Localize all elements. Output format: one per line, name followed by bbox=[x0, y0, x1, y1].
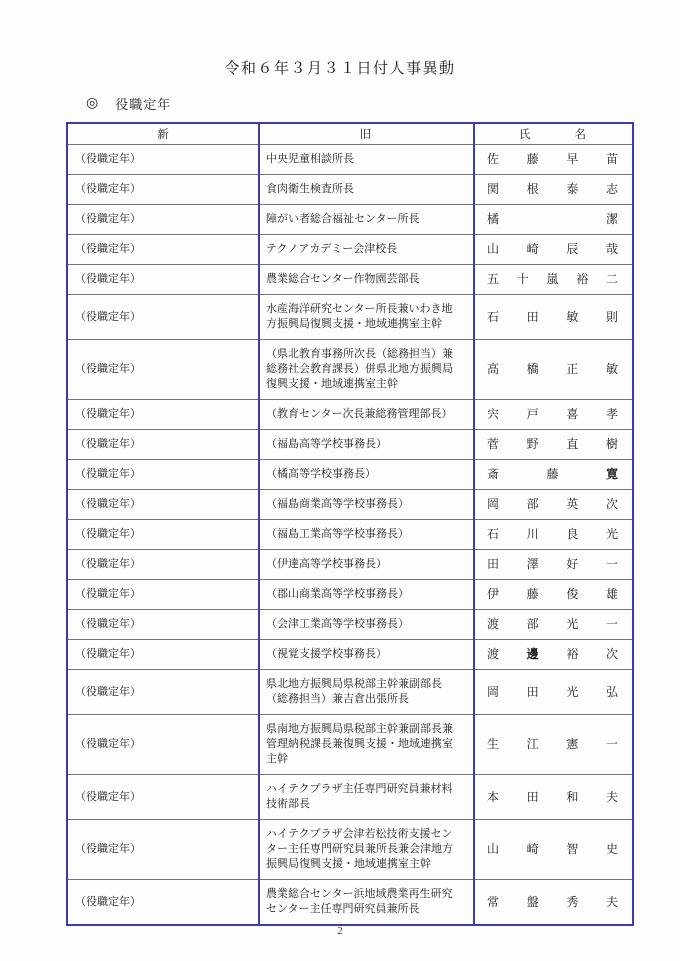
name-character: 伊 bbox=[487, 587, 499, 602]
table-row: （役職定年）（会津工業高等学校事務長）渡部光一 bbox=[68, 609, 632, 639]
name-character: 根 bbox=[527, 182, 539, 197]
old-position-cell: 中央児童相談所長 bbox=[258, 145, 473, 174]
name-character: 英 bbox=[566, 497, 578, 512]
name-character: 石 bbox=[487, 527, 499, 542]
header-name: 氏 名 bbox=[473, 126, 632, 142]
old-position-cell: （伊達高等学校事務長） bbox=[258, 550, 473, 579]
name-character: 一 bbox=[606, 617, 618, 632]
name-character: 川 bbox=[527, 527, 539, 542]
column-divider bbox=[473, 124, 475, 924]
old-position-cell: （教育センター次長兼総務管理部長） bbox=[258, 400, 473, 429]
new-position-cell: （役職定年） bbox=[68, 550, 258, 579]
name-character: 裕 bbox=[566, 647, 578, 662]
name-character: 雄 bbox=[606, 587, 618, 602]
name-character: 戸 bbox=[527, 407, 539, 422]
old-position-cell: （会津工業高等学校事務長） bbox=[258, 610, 473, 639]
name-character: 嵐 bbox=[546, 272, 558, 287]
name-character: 敏 bbox=[606, 362, 618, 377]
name-character: 辰 bbox=[566, 242, 578, 257]
new-position-cell: （役職定年） bbox=[68, 175, 258, 204]
name-character: 田 bbox=[487, 557, 499, 572]
old-position-cell: ハイテクプラザ主任専門研究員兼材料技術部長 bbox=[258, 775, 473, 819]
table-row: （役職定年）（県北教育事務所次長（総務担当）兼総務社会教育課長）併県北地方振興局… bbox=[68, 339, 632, 399]
name-character: 田 bbox=[527, 310, 539, 325]
new-position-cell: （役職定年） bbox=[68, 820, 258, 879]
name-character: 崎 bbox=[527, 842, 539, 857]
old-position-cell: （福島高等学校事務長） bbox=[258, 430, 473, 459]
name-character: 直 bbox=[566, 437, 578, 452]
name-character: 田 bbox=[527, 685, 539, 700]
name-character: 夫 bbox=[606, 790, 618, 805]
name-character: 田 bbox=[527, 790, 539, 805]
name-character: 一 bbox=[606, 557, 618, 572]
name-character: 哉 bbox=[606, 242, 618, 257]
name-character: 岡 bbox=[487, 497, 499, 512]
name-character: 良 bbox=[566, 527, 578, 542]
old-position-cell: （県北教育事務所次長（総務担当）兼総務社会教育課長）併県北地方振興局復興支援・地… bbox=[258, 340, 473, 399]
name-character: 渡 bbox=[487, 647, 499, 662]
table-row: （役職定年）（福島工業高等学校事務長）石川良光 bbox=[68, 519, 632, 549]
name-cell: 菅野直樹 bbox=[473, 430, 632, 459]
new-position-cell: （役職定年） bbox=[68, 775, 258, 819]
name-cell: 岡部英次 bbox=[473, 490, 632, 519]
name-character: 斎 bbox=[487, 467, 499, 482]
name-character: 本 bbox=[487, 790, 499, 805]
table-row: （役職定年）（郡山商業高等学校事務長）伊藤俊雄 bbox=[68, 579, 632, 609]
table-row: （役職定年）県北地方振興局県税部主幹兼副部長（総務担当）兼吉倉出張所長岡田光弘 bbox=[68, 669, 632, 714]
new-position-cell: （役職定年） bbox=[68, 520, 258, 549]
name-character: 次 bbox=[606, 647, 618, 662]
name-character: 盤 bbox=[527, 895, 539, 910]
name-character: 菅 bbox=[487, 437, 499, 452]
name-character: 潔 bbox=[606, 212, 618, 227]
name-character: 一 bbox=[606, 737, 618, 752]
name-cell: 関根泰志 bbox=[473, 175, 632, 204]
name-cell: 岡田光弘 bbox=[473, 670, 632, 714]
table-row: （役職定年）水産海洋研究センター所長兼いわき地方振興局復興支援・地域連携室主幹石… bbox=[68, 294, 632, 339]
name-character: 渡 bbox=[487, 617, 499, 632]
name-character: 正 bbox=[566, 362, 578, 377]
name-cell: 田澤好一 bbox=[473, 550, 632, 579]
name-cell: 生江憲一 bbox=[473, 715, 632, 774]
new-position-cell: （役職定年） bbox=[68, 490, 258, 519]
name-character: 俊 bbox=[566, 587, 578, 602]
name-character: 生 bbox=[487, 737, 499, 752]
name-character: 関 bbox=[487, 182, 499, 197]
name-character: 喜 bbox=[566, 407, 578, 422]
name-character: 志 bbox=[606, 182, 618, 197]
name-character: 好 bbox=[566, 557, 578, 572]
name-character: 泰 bbox=[566, 182, 578, 197]
name-cell: 五十嵐裕二 bbox=[473, 265, 632, 294]
old-position-cell: （福島工業高等学校事務長） bbox=[258, 520, 473, 549]
name-character: 石 bbox=[487, 310, 499, 325]
old-position-cell: 水産海洋研究センター所長兼いわき地方振興局復興支援・地域連携室主幹 bbox=[258, 295, 473, 339]
name-character: 山 bbox=[487, 242, 499, 257]
name-cell: 渡部光一 bbox=[473, 610, 632, 639]
table-row: （役職定年）県南地方振興局県税部主幹兼副部長兼管理納税課長兼復興支援・地域連携室… bbox=[68, 714, 632, 774]
name-cell: 渡邊裕次 bbox=[473, 640, 632, 669]
name-character: 樹 bbox=[606, 437, 618, 452]
name-character: 寛 bbox=[606, 467, 618, 482]
table-row: （役職定年）（橘高等学校事務長）斎藤寛 bbox=[68, 459, 632, 489]
new-position-cell: （役職定年） bbox=[68, 670, 258, 714]
name-character: 裕 bbox=[576, 272, 588, 287]
new-position-cell: （役職定年） bbox=[68, 580, 258, 609]
name-character: 橋 bbox=[527, 362, 539, 377]
name-character: 憲 bbox=[566, 737, 578, 752]
document-page: 令和６年３月３１日付人事異動 ◎ 役職定年 新 旧 氏 名 （役職定年）中央児童… bbox=[0, 0, 680, 961]
old-position-cell: （視覚支援学校事務長） bbox=[258, 640, 473, 669]
new-position-cell: （役職定年） bbox=[68, 340, 258, 399]
name-character: 山 bbox=[487, 842, 499, 857]
table-row: （役職定年）テクノアカデミー会津校長山崎辰哉 bbox=[68, 234, 632, 264]
name-character: 藤 bbox=[527, 587, 539, 602]
old-position-cell: 農業総合センター作物園芸部長 bbox=[258, 265, 473, 294]
name-character: 光 bbox=[606, 527, 618, 542]
name-character: 五 bbox=[487, 272, 499, 287]
new-position-cell: （役職定年） bbox=[68, 295, 258, 339]
new-position-cell: （役職定年） bbox=[68, 265, 258, 294]
old-position-cell: （福島商業高等学校事務長） bbox=[258, 490, 473, 519]
name-character: 次 bbox=[606, 497, 618, 512]
old-position-cell: （郡山商業高等学校事務長） bbox=[258, 580, 473, 609]
table-row: （役職定年）ハイテクプラザ主任専門研究員兼材料技術部長本田和夫 bbox=[68, 774, 632, 819]
name-character: 佐 bbox=[487, 152, 499, 167]
old-position-cell: 障がい者総合福祉センター所長 bbox=[258, 205, 473, 234]
name-character: 宍 bbox=[487, 407, 499, 422]
name-character: 十 bbox=[517, 272, 529, 287]
page-title: 令和６年３月３１日付人事異動 bbox=[0, 0, 680, 78]
old-position-cell: ハイテクプラザ会津若松技術支援センター主任専門研究員兼所長兼会津地方振興局復興支… bbox=[258, 820, 473, 879]
header-name-left: 氏 bbox=[519, 126, 531, 142]
new-position-cell: （役職定年） bbox=[68, 715, 258, 774]
name-character: 部 bbox=[527, 617, 539, 632]
table-row: （役職定年）ハイテクプラザ会津若松技術支援センター主任専門研究員兼所長兼会津地方… bbox=[68, 819, 632, 879]
column-divider bbox=[258, 124, 260, 924]
new-position-cell: （役職定年） bbox=[68, 400, 258, 429]
table-row: （役職定年）（視覚支援学校事務長）渡邊裕次 bbox=[68, 639, 632, 669]
name-character: 夫 bbox=[606, 895, 618, 910]
name-cell: 伊藤俊雄 bbox=[473, 580, 632, 609]
name-cell: 橘潔 bbox=[473, 205, 632, 234]
name-character: 智 bbox=[566, 842, 578, 857]
name-character: 橘 bbox=[487, 212, 499, 227]
name-character: 岡 bbox=[487, 685, 499, 700]
name-character: 苗 bbox=[606, 152, 618, 167]
name-character: 孝 bbox=[606, 407, 618, 422]
name-character: 江 bbox=[527, 737, 539, 752]
name-character: 常 bbox=[487, 895, 499, 910]
new-position-cell: （役職定年） bbox=[68, 235, 258, 264]
old-position-cell: 農業総合センター浜地域農業再生研究センター主任専門研究員兼所長 bbox=[258, 880, 473, 924]
section-heading-label: 役職定年 bbox=[115, 94, 171, 113]
name-character: 澤 bbox=[527, 557, 539, 572]
table-row: （役職定年）農業総合センター作物園芸部長五十嵐裕二 bbox=[68, 264, 632, 294]
name-character: 敏 bbox=[566, 310, 578, 325]
name-cell: 山崎智史 bbox=[473, 820, 632, 879]
old-position-cell: （橘高等学校事務長） bbox=[258, 460, 473, 489]
name-character: 秀 bbox=[566, 895, 578, 910]
table-row: （役職定年）農業総合センター浜地域農業再生研究センター主任専門研究員兼所長常盤秀… bbox=[68, 879, 632, 924]
name-cell: 本田和夫 bbox=[473, 775, 632, 819]
name-character: 光 bbox=[566, 617, 578, 632]
table-row: （役職定年）食肉衛生検査所長関根泰志 bbox=[68, 174, 632, 204]
table-header-row: 新 旧 氏 名 bbox=[68, 124, 632, 144]
table-row: （役職定年）（福島高等学校事務長）菅野直樹 bbox=[68, 429, 632, 459]
section-heading: ◎ 役職定年 bbox=[86, 94, 680, 113]
header-new: 新 bbox=[68, 126, 258, 142]
new-position-cell: （役職定年） bbox=[68, 145, 258, 174]
new-position-cell: （役職定年） bbox=[68, 640, 258, 669]
old-position-cell: テクノアカデミー会津校長 bbox=[258, 235, 473, 264]
name-character: 和 bbox=[566, 790, 578, 805]
old-position-cell: 県南地方振興局県税部主幹兼副部長兼管理納税課長兼復興支援・地域連携室主幹 bbox=[258, 715, 473, 774]
name-character: 野 bbox=[527, 437, 539, 452]
name-character: 則 bbox=[606, 310, 618, 325]
name-cell: 高橋正敏 bbox=[473, 340, 632, 399]
name-character: 光 bbox=[566, 685, 578, 700]
new-position-cell: （役職定年） bbox=[68, 430, 258, 459]
name-character: 崎 bbox=[527, 242, 539, 257]
name-character: 史 bbox=[606, 842, 618, 857]
name-cell: 石川良光 bbox=[473, 520, 632, 549]
name-character: 高 bbox=[487, 362, 499, 377]
header-name-right: 名 bbox=[575, 126, 587, 142]
table-row: （役職定年）（福島商業高等学校事務長）岡部英次 bbox=[68, 489, 632, 519]
old-position-cell: 食肉衛生検査所長 bbox=[258, 175, 473, 204]
name-cell: 斎藤寛 bbox=[473, 460, 632, 489]
name-cell: 石田敏則 bbox=[473, 295, 632, 339]
name-cell: 佐藤早苗 bbox=[473, 145, 632, 174]
name-character: 弘 bbox=[606, 685, 618, 700]
table-row: （役職定年）（教育センター次長兼総務管理部長）宍戸喜孝 bbox=[68, 399, 632, 429]
new-position-cell: （役職定年） bbox=[68, 460, 258, 489]
table-row: （役職定年）障がい者総合福祉センター所長橘潔 bbox=[68, 204, 632, 234]
table-row: （役職定年）中央児童相談所長佐藤早苗 bbox=[68, 144, 632, 174]
name-character: 早 bbox=[566, 152, 578, 167]
header-old: 旧 bbox=[258, 126, 473, 142]
new-position-cell: （役職定年） bbox=[68, 880, 258, 924]
name-character: 二 bbox=[606, 272, 618, 287]
new-position-cell: （役職定年） bbox=[68, 610, 258, 639]
double-circle-icon: ◎ bbox=[86, 95, 99, 112]
name-cell: 宍戸喜孝 bbox=[473, 400, 632, 429]
name-character: 藤 bbox=[527, 152, 539, 167]
name-character: 邊 bbox=[527, 647, 539, 662]
table-row: （役職定年）（伊達高等学校事務長）田澤好一 bbox=[68, 549, 632, 579]
table-body: （役職定年）中央児童相談所長佐藤早苗（役職定年）食肉衛生検査所長関根泰志（役職定… bbox=[68, 144, 632, 924]
old-position-cell: 県北地方振興局県税部主幹兼副部長（総務担当）兼吉倉出張所長 bbox=[258, 670, 473, 714]
name-character: 部 bbox=[527, 497, 539, 512]
personnel-table: 新 旧 氏 名 （役職定年）中央児童相談所長佐藤早苗（役職定年）食肉衛生検査所長… bbox=[66, 122, 634, 926]
new-position-cell: （役職定年） bbox=[68, 205, 258, 234]
page-number: 2 bbox=[0, 925, 680, 937]
name-cell: 常盤秀夫 bbox=[473, 880, 632, 924]
name-character: 藤 bbox=[546, 467, 558, 482]
name-cell: 山崎辰哉 bbox=[473, 235, 632, 264]
